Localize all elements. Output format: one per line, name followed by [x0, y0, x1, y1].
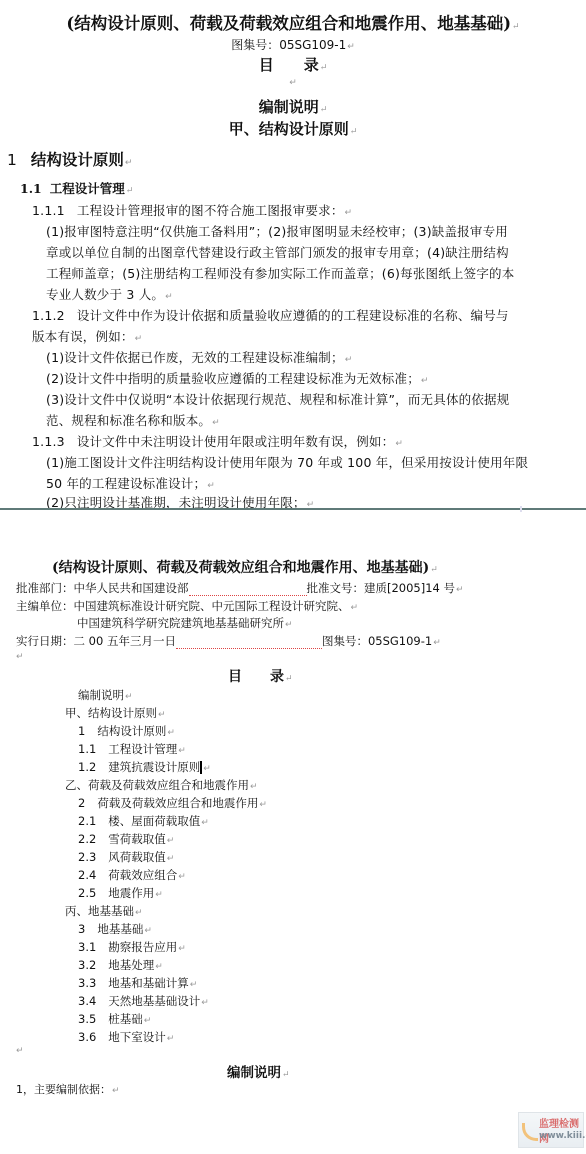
editor-value-1: 中国建筑标准设计研究院、中元国际工程设计研究院、: [74, 599, 350, 613]
logo-swoosh-icon: [522, 1123, 538, 1141]
approval-dept-label: 批准部门：: [16, 581, 74, 595]
item-1-1-1-line-2: 章或以单位自制的出图章代替建设行政主管部门颁发的报审专用章；(4)缺注册结构: [46, 243, 509, 261]
text-cursor: [200, 761, 202, 774]
item-1-1-2-line-1: (1)设计文件依据已作废，无效的工程建设标准编制；↵: [46, 348, 352, 366]
editor-row-2: 中国建筑科学研究院建筑地基基础研究所↵: [77, 615, 293, 631]
toc-item-7[interactable]: 2.1楼、屋面荷载取值↵: [78, 813, 209, 829]
approval-doc-label: 批准文号：: [307, 581, 365, 595]
first-item: 1，主要编制依据：↵: [16, 1081, 120, 1097]
effective-date: 二 00 五年三月一日: [74, 634, 176, 648]
page2-section-heading: 编制说明↵: [227, 1061, 290, 1081]
page1-section-heading: 编制说明↵: [0, 96, 586, 117]
page2-toc-heading: 目 录↵: [228, 666, 293, 686]
toc-item-10[interactable]: 2.4荷载效应组合↵: [78, 867, 186, 883]
item-1-1-3-line-1: (1)施工图设计文件注明结构设计使用年限为 70 年或 100 年，但采用按设计…: [46, 453, 528, 471]
toc-item-3[interactable]: 1.1工程设计管理↵: [78, 741, 186, 757]
toc-item-9[interactable]: 2.3风荷载取值↵: [78, 849, 174, 865]
page-divider-marker: [520, 506, 522, 512]
page2-title: (结构设计原则、荷载及荷载效应组合和地震作用、地基基础)↵: [52, 557, 438, 577]
toc-item-0[interactable]: 编制说明↵: [78, 687, 133, 703]
toc-item-2[interactable]: 1结构设计原则↵: [78, 723, 175, 739]
empty-paragraph: ↵: [0, 78, 586, 88]
editor-label: 主编单位：: [16, 599, 74, 613]
item-1-1-2-line-4: 范、规程和标准名称和版本。↵: [46, 411, 220, 429]
item-1-1-1-line-4: 专业人数少于 3 人。↵: [46, 285, 173, 303]
toc-item-14[interactable]: 3.1勘察报告应用↵: [78, 939, 186, 955]
item-1-1-1-line-3: 工程师盖章；(5)注册结构工程师没有参加实际工作而盖章；(6)每张图纸上签字的本: [46, 264, 514, 282]
toc-item-4[interactable]: 1.2建筑抗震设计原则↵: [78, 759, 211, 775]
atlas-label: 图集号：: [322, 634, 368, 648]
item-1-1-2-line-3: (3)设计文件中仅说明“本设计依据现行规范、规程和标准计算”，而无具体的依据规: [46, 390, 509, 408]
item-1-1-1-line-1: (1)报审图特意注明“仅供施工备料用”；(2)报审图明显未经校审；(3)缺盖报审…: [46, 222, 508, 240]
toc-item-13[interactable]: 3地基基础↵: [78, 921, 152, 937]
toc-item-18[interactable]: 3.5桩基础↵: [78, 1011, 151, 1027]
item-1-1-3: 1.1.3设计文件中未注明设计使用年限或注明年数有误，例如：↵: [32, 432, 403, 450]
item-1-1-1: 1.1.1工程设计管理报审的图不符合施工图报审要求：↵: [32, 201, 352, 219]
item-1-1-2: 1.1.2设计文件中作为设计依据和质量验收应遵循的的工程建设标准的名称、编号与: [32, 306, 509, 324]
toc-item-16[interactable]: 3.3地基和基础计算↵: [78, 975, 197, 991]
toc-item-5[interactable]: 乙、荷载及荷载效应组合和地震作用↵: [65, 777, 258, 793]
blank-underline: [189, 584, 307, 596]
toc-item-11[interactable]: 2.5地震作用↵: [78, 885, 163, 901]
approval-doc-value: 建质[2005]14 号: [364, 581, 455, 595]
editor-row: 主编单位：中国建筑标准设计研究院、中元国际工程设计研究院、↵: [16, 598, 358, 614]
effective-row: 实行日期：二 00 五年三月一日图集号：05SG109-1↵: [16, 633, 441, 649]
toc-item-17[interactable]: 3.4天然地基基础设计↵: [78, 993, 209, 1009]
page-divider: [0, 508, 586, 510]
toc-item-1[interactable]: 甲、结构设计原则↵: [65, 705, 166, 721]
empty-paragraph: ↵: [16, 652, 24, 662]
approval-row: 批准部门：中华人民共和国建设部批准文号：建质[2005]14 号↵: [16, 580, 464, 596]
item-1-1-3-line-2: 50 年的工程建设标准设计；↵: [46, 474, 215, 492]
item-1-1-2-line-2: (2)设计文件中指明的质量验收应遵循的工程建设标准为无效标准；↵: [46, 369, 429, 387]
page1-part-heading: 甲、结构设计原则↵: [0, 118, 586, 139]
toc-item-12[interactable]: 丙、地基基础↵: [65, 903, 143, 919]
watermark-url: www.kiii.cn: [539, 1131, 586, 1141]
watermark-logo: 监理检测网 www.kiii.cn: [518, 1112, 584, 1148]
toc-item-15[interactable]: 3.2地基处理↵: [78, 957, 163, 973]
effective-label: 实行日期：: [16, 634, 74, 648]
blank-underline: [176, 637, 322, 649]
atlas-value: 05SG109-1: [368, 634, 432, 648]
heading-1-1: 1.1工程设计管理↵: [20, 179, 133, 197]
toc-item-6[interactable]: 2荷载及荷载效应组合和地震作用↵: [78, 795, 267, 811]
item-1-1-2-cont: 版本有误，例如：↵: [32, 327, 142, 345]
empty-paragraph: ↵: [16, 1046, 24, 1056]
heading-1: 1结构设计原则↵: [7, 148, 132, 170]
page1-title: (结构设计原则、荷载及荷载效应组合和地震作用、地基基础)↵: [0, 10, 586, 34]
page1-atlas-number: 图集号：05SG109-1↵: [0, 36, 586, 53]
toc-item-8[interactable]: 2.2雪荷载取值↵: [78, 831, 174, 847]
toc-item-19[interactable]: 3.6地下室设计↵: [78, 1029, 174, 1045]
approval-dept-value: 中华人民共和国建设部: [74, 581, 189, 595]
editor-value-2: 中国建筑科学研究院建筑地基基础研究所: [77, 616, 284, 630]
page1-toc-heading: 目 录↵: [0, 54, 586, 75]
